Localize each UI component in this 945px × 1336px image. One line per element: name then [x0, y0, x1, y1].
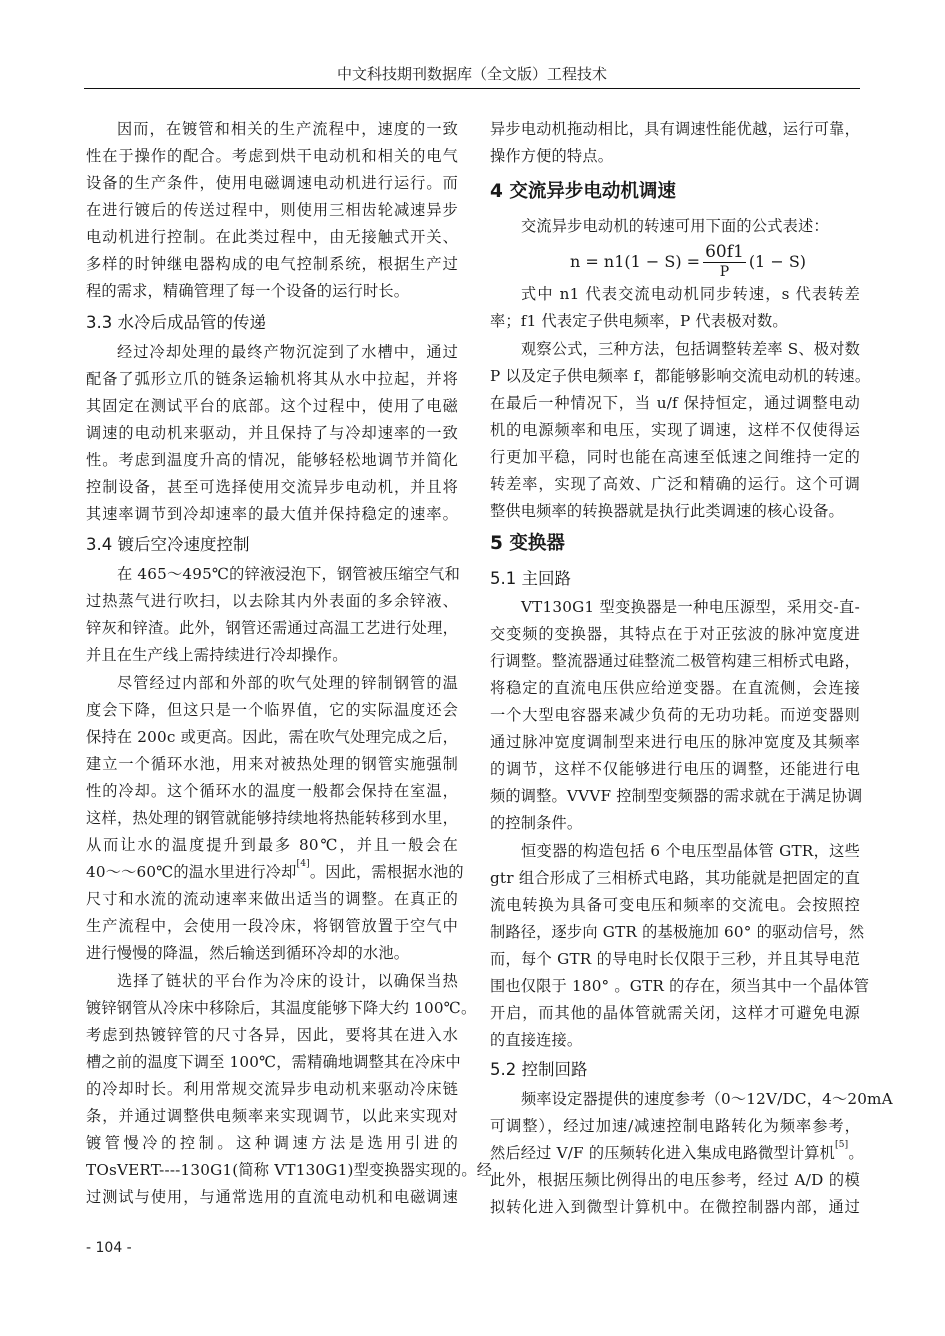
text-line: 性。考虑到温度升高的情况，能够轻松地调节并简化 [86, 447, 458, 474]
text-segment: 然后经过 V/F 的压频转化进入集成电路微型计算机 [490, 1144, 835, 1162]
text-line: 式中 n1 代表交流电动机同步转速，s 代表转差 [490, 281, 860, 308]
text-line: 过测试与使用，与通常选用的直流电动机和电磁调速 [86, 1184, 458, 1211]
formula-fraction: 60f1 P [703, 242, 746, 281]
text-line: 的直接连接。 [490, 1027, 860, 1054]
text-line: 频的调整。VVVF 控制型变频器的需求就在于满足协调 [490, 783, 860, 810]
text-line: 可调整），经过加速/减速控制电路转化为频率参考， [490, 1113, 860, 1140]
text-line: 一个大型电容器来减少负荷的无功功耗。而逆变器则 [490, 702, 860, 729]
text-line: 通过脉冲宽度调制型来进行电压的脉冲宽度及其频率 [490, 729, 860, 756]
text-line: 槽之前的温度下调至 100℃，需精确地调整其在冷床中 [86, 1049, 458, 1076]
text-line: 进行慢慢的降温，然后输送到循环冷却的水池。 [86, 940, 458, 967]
text-line: 交流异步电动机的转速可用下面的公式表述： [490, 213, 860, 240]
text-line: 多样的时钟继电器构成的电气控制系统，根据生产过 [86, 251, 458, 278]
text-line-with-citation: 然后经过 V/F 的压频转化进入集成电路微型计算机[5]。 [490, 1140, 860, 1167]
section-heading-3-3: 3.3 水冷后成品管的传递 [86, 310, 266, 336]
section-heading-5-2: 5.2 控制回路 [490, 1057, 588, 1083]
text-line: VT130G1 型变换器是一种电压源型，采用交-直- [490, 594, 860, 621]
text-line: 保持在 200c 或更高。因此，需在吹气处理完成之后， [86, 724, 458, 751]
speed-formula: n = n1(1 − S) = 60f1 P (1 − S) [490, 239, 860, 283]
text-line: 其固定在测试平台的底部。这个过程中，使用了电磁 [86, 393, 458, 420]
text-line: TOsVERT----130G1(简称 VT130G1)型变换器实现的。经 [86, 1157, 458, 1184]
text-line: 尽管经过内部和外部的吹气处理的锌制钢管的温 [86, 670, 458, 697]
text-line: 行调整。整流器通过硅整流二极管构建三相桥式电路， [490, 648, 860, 675]
text-line: 镀管慢冷的控制。这种调速方法是选用引进的 [86, 1130, 458, 1157]
formula-numerator: 60f1 [703, 242, 746, 263]
text-line: 控制设备，甚至可选择使用交流异步电动机，并且将 [86, 474, 458, 501]
text-line: 转差率，实现了高效、广泛和精确的运行。这个可调 [490, 471, 860, 498]
text-line: 电动机进行控制。在此类过程中，由无接触式开关、 [86, 224, 458, 251]
text-line: 将稳定的直流电压供应给逆变器。在直流侧，会连接 [490, 675, 860, 702]
citation-ref[interactable]: [4] [297, 859, 310, 869]
text-line: 考虑到热镀锌管的尺寸各异，因此，要将其在进入水 [86, 1022, 458, 1049]
text-line: 镀锌钢管从冷床中移除后，其温度能够下降大约 100℃。 [86, 995, 458, 1022]
text-line: 观察公式，三种方法，包括调整转差率 S、极对数 [490, 336, 860, 363]
text-line: 度会下降，但这只是一个临界值，它的实际温度还会 [86, 697, 458, 724]
text-line: 操作方便的特点。 [490, 143, 860, 170]
text-line: 而，每个 GTR 的导电时长仅限于三秒，并且其导电范 [490, 946, 860, 973]
text-line: 生产流程中，会使用一段冷床，将钢管放置于空气中 [86, 913, 458, 940]
formula-rhs: (1 − S) [749, 252, 806, 271]
text-line: 异步电动机拖动相比，具有调速性能优越，运行可靠， [490, 116, 860, 143]
text-line: gtr 组合形成了三相桥式电路，其功能就是把固定的直 [490, 865, 860, 892]
formula-lhs: n = n1(1 − S) = [570, 252, 700, 271]
text-line: 因而，在镀管和相关的生产流程中，速度的一致 [86, 116, 458, 143]
text-line: 调速的电动机来驱动，并且保持了与冷却速率的一致 [86, 420, 458, 447]
text-line: 在最后一种情况下，当 u/f 保持恒定，通过调整电动 [490, 390, 860, 417]
text-line: 拟转化进入到微型计算机中。在微控制器内部，通过 [490, 1194, 860, 1221]
text-line: 在进行镀后的传送过程中，则使用三相齿轮减速异步 [86, 197, 458, 224]
formula-denominator: P [720, 263, 729, 281]
section-heading-3-4: 3.4 镀后空冷速度控制 [86, 532, 250, 558]
text-line: 的冷却时长。利用常规交流异步电动机来驱动冷床链 [86, 1076, 458, 1103]
text-segment: 40～～60℃的温水里进行冷却 [86, 863, 297, 881]
text-line: 频率设定器提供的速度参考（0～12V/DC，4～20mA [490, 1086, 860, 1113]
text-line: 这样，热处理的钢管就能够持续地将热能转移到水里， [86, 805, 458, 832]
text-line: 率；f1 代表定子供电频率，P 代表极对数。 [490, 308, 860, 335]
text-line: 的控制条件。 [490, 810, 860, 837]
journal-running-header: 中文科技期刊数据库（全文版）工程技术 [84, 62, 860, 89]
text-line: 建立一个循环水池，用来对被热处理的钢管实施强制 [86, 751, 458, 778]
section-heading-4: 4 交流异步电动机调速 [490, 178, 676, 206]
text-line: 条，并通过调整供电频率来实现调节，以此来实现对 [86, 1103, 458, 1130]
text-line: 性在于操作的配合。考虑到烘干电动机和相关的电气 [86, 143, 458, 170]
text-line: 从而让水的温度提升到最多 80℃，并且一般会在 [86, 832, 458, 859]
text-segment: 。 [848, 1144, 863, 1162]
text-line: 配备了弧形立爪的链条运输机将其从水中拉起，并将 [86, 366, 458, 393]
text-line: 开启，而其他的晶体管就需关闭，这样才可避免电源 [490, 1000, 860, 1027]
section-heading-5-1: 5.1 主回路 [490, 566, 571, 592]
text-line: 机的电源频率和电压，实现了调速，这样不仅使得运 [490, 417, 860, 444]
journal-title: 中文科技期刊数据库（全文版）工程技术 [337, 65, 607, 83]
text-line: 整供电频率的转换器就是执行此类调速的核心设备。 [490, 498, 860, 525]
text-line: 程的需求，精确管理了每一个设备的运行时长。 [86, 278, 458, 305]
text-line: 恒变器的构造包括 6 个电压型晶体管 GTR，这些 [490, 838, 860, 865]
text-line: 制路径，逐步向 GTR 的基极施加 60° 的驱动信号，然 [490, 919, 860, 946]
text-line: 锌灰和锌渣。此外，钢管还需通过高温工艺进行处理， [86, 615, 458, 642]
text-line: 过热蒸气进行吹扫，以去除其内外表面的多余锌液、 [86, 588, 458, 615]
text-line: 设备的生产条件，使用电磁调速电动机进行运行。而 [86, 170, 458, 197]
text-line: 经过冷却处理的最终产物沉淀到了水槽中，通过 [86, 339, 458, 366]
text-line: 交变频的变换器，其特点在于对正弦波的脉冲宽度进 [490, 621, 860, 648]
page-number: - 104 - [86, 1240, 132, 1256]
text-line: 的调节，这样不仅能够进行电压的调整，还能进行电 [490, 756, 860, 783]
text-line: 其速率调节到冷却速率的最大值并保持稳定的速率。 [86, 501, 458, 528]
citation-ref[interactable]: [5] [835, 1140, 848, 1150]
text-line: P 以及定子供电频率 f，都能够影响交流电动机的转速。 [490, 363, 860, 390]
text-line: 流电转换为具备可变电压和频率的交流电。会按照控 [490, 892, 860, 919]
text-line-with-citation: 40～～60℃的温水里进行冷却[4]。因此，需根据水池的 [86, 859, 458, 886]
text-line: 围也仅限于 180° 。GTR 的存在，须当其中一个晶体管 [490, 973, 860, 1000]
text-segment: 。因此，需根据水池的 [310, 863, 464, 881]
text-line: 并且在生产线上需持续进行冷却操作。 [86, 642, 458, 669]
text-line: 行更加平稳，同时也能在高速至低速之间维持一定的 [490, 444, 860, 471]
text-line: 在 465～495℃的锌液浸泡下，钢管被压缩空气和 [86, 561, 458, 588]
text-line: 选择了链状的平台作为冷床的设计，以确保当热 [86, 968, 458, 995]
text-line: 此外，根据压频比例得出的电压参考，经过 A/D 的模 [490, 1167, 860, 1194]
text-line: 性的冷却。这个循环水的温度一般都会保持在室温， [86, 778, 458, 805]
section-heading-5: 5 变换器 [490, 530, 565, 558]
text-line: 尺寸和水流的流动速率来做出适当的调整。在真正的 [86, 886, 458, 913]
